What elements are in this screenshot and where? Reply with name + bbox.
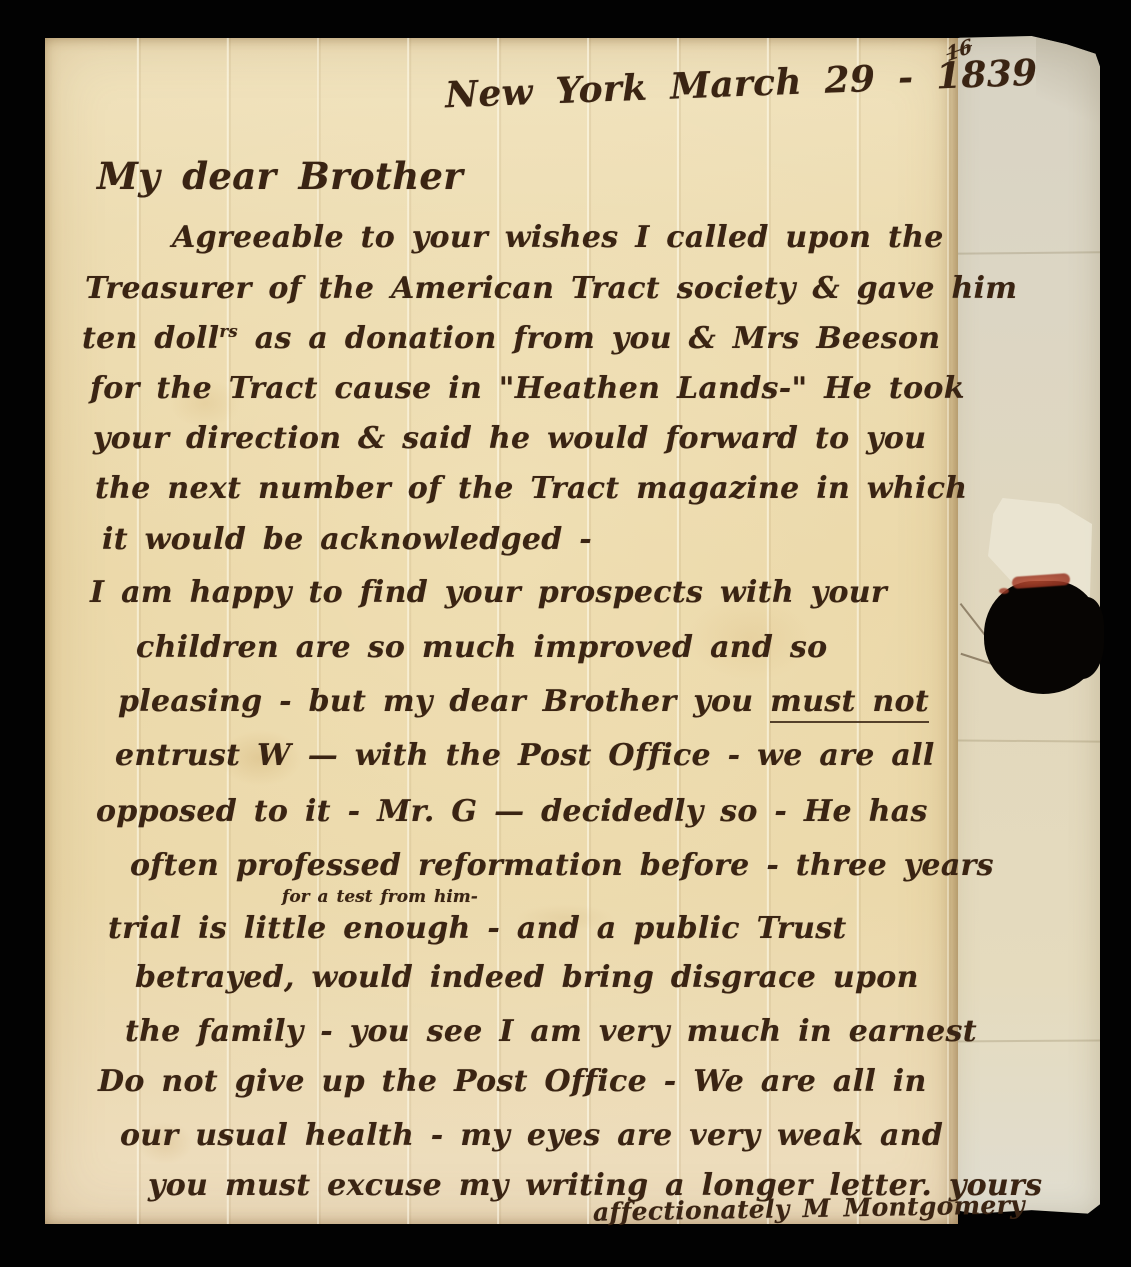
letter-line: betrayed, would indeed bring disgrace up… xyxy=(135,963,919,993)
letter-line: ten dollrs as a donation from you & Mrs … xyxy=(82,324,940,354)
dateline: New York March 29 - 1839 16 xyxy=(445,55,1039,114)
letter-line: your direction & said he would forward t… xyxy=(93,424,926,454)
seal-tear-hole xyxy=(1055,597,1104,679)
letter-line: entrust W — with the Post Office - we ar… xyxy=(115,741,935,771)
salutation: My dear Brother xyxy=(97,158,463,195)
dogear-fold xyxy=(1036,36,1100,136)
interlinear-insertion: for a test from him- xyxy=(282,889,478,906)
letter-line: the next number of the Tract magazine in… xyxy=(95,474,967,504)
superscript: rs xyxy=(219,322,238,341)
flap-crease xyxy=(948,739,1100,742)
letter-line: Agreeable to your wishes I called upon t… xyxy=(172,223,944,253)
letter-line: opposed to it - Mr. G — decidedly so - H… xyxy=(96,797,928,827)
letter-line: often professed reformation before - thr… xyxy=(130,851,994,881)
scan-background: New York March 29 - 1839 16 My dear Brot… xyxy=(0,0,1131,1267)
underlined-phrase: must not xyxy=(770,684,929,723)
letter-sheet: New York March 29 - 1839 16 My dear Brot… xyxy=(45,38,958,1224)
letter-line: Do not give up the Post Office - We are … xyxy=(98,1067,927,1097)
letter-line: for the Tract cause in "Heathen Lands-" … xyxy=(90,374,965,404)
letter-line: our usual health - my eyes are very weak… xyxy=(120,1121,943,1151)
letter-line: the family - you see I am very much in e… xyxy=(125,1017,977,1047)
flap-crease xyxy=(948,251,1100,255)
letter-line: I am happy to find your prospects with y… xyxy=(90,578,887,608)
letter-line: children are so much improved and so xyxy=(136,633,827,663)
letter-line: pleasing - but my dear Brother you must … xyxy=(118,687,929,717)
letter-line: trial is little enough - and a public Tr… xyxy=(108,914,847,944)
signature-closing: affectionately M Montgomery xyxy=(593,1192,1025,1225)
letter-line: Treasurer of the American Tract society … xyxy=(85,274,1017,304)
seal-wax-remnant xyxy=(999,588,1009,594)
letter-line: it would be acknowledged - xyxy=(102,525,592,555)
